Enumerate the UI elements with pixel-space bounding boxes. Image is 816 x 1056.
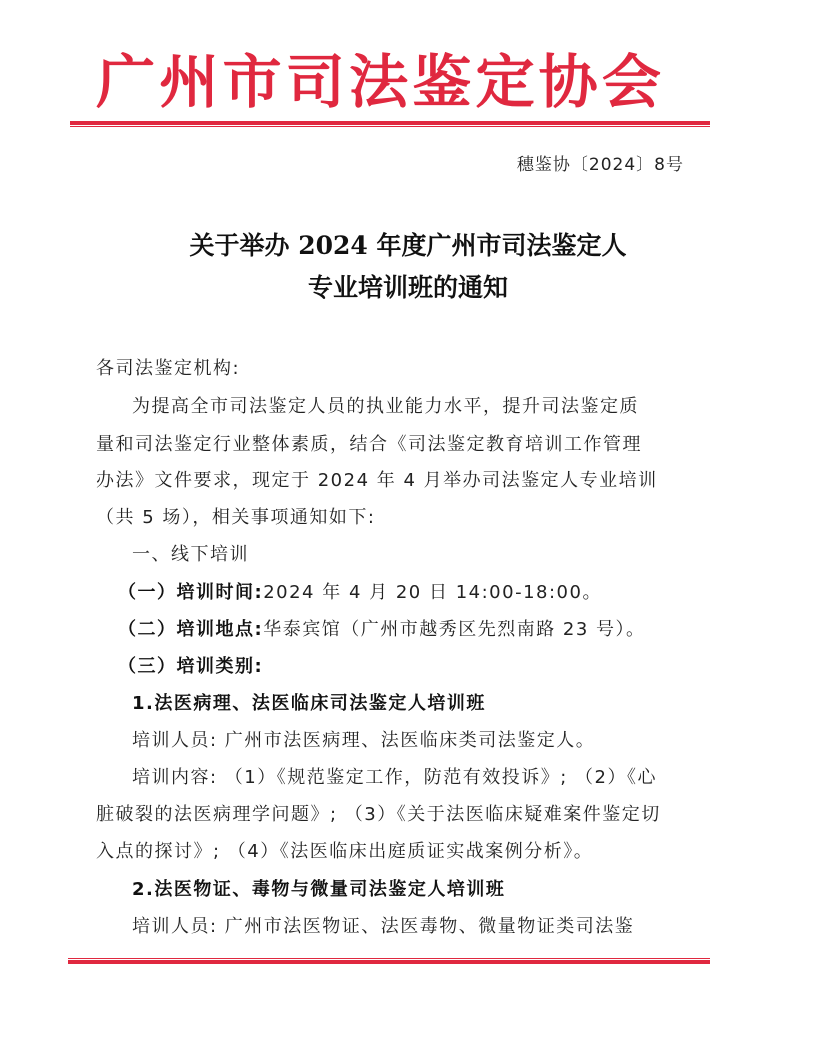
class-2-personnel: 培训人员: 广州市法医物证、法医毒物、微量物证类司法鉴 [96,912,732,938]
training-time-value: 2024 年 4 月 20 日 14:00-18:00。 [263,582,602,603]
intro-line-4: （共 5 场），相关事项通知如下: [96,503,696,529]
training-time-label: （一）培训时间: [118,582,263,603]
document-number: 穗鉴协〔2024〕8号 [517,150,684,175]
training-time: （一）培训时间:2024 年 4 月 20 日 14:00-18:00。 [96,578,718,604]
rule-thick-line [68,960,710,964]
class-1-heading: 1.法医病理、法医临床司法鉴定人培训班 [96,689,732,715]
training-location: （二）培训地点:华泰宾馆（广州市越秀区先烈南路 23 号）。 [96,615,718,641]
class-2-heading: 2.法医物证、毒物与微量司法鉴定人培训班 [96,875,732,901]
training-location-value: 华泰宾馆（广州市越秀区先烈南路 23 号）。 [263,619,645,640]
training-location-label: （二）培训地点: [118,619,263,640]
intro-line-3: 办法》文件要求，现定于 2024 年 4 月举办司法鉴定人专业培训 [96,466,696,492]
masthead-red-rule [70,121,710,127]
class-1-personnel: 培训人员: 广州市法医病理、法医临床类司法鉴定人。 [96,726,732,752]
class-1-content-line-1: 培训内容: （1）《规范鉴定工作，防范有效投诉》; （2）《心 [96,763,732,789]
class-1-content-line-2: 脏破裂的法医病理学问题》; （3）《关于法医临床疑难案件鉴定切 [96,800,696,826]
salutation: 各司法鉴定机构: [96,354,696,380]
intro-line-2: 量和司法鉴定行业整体素质，结合《司法鉴定教育培训工作管理 [96,430,696,456]
document-title-line-2: 专业培训班的通知 [0,268,816,304]
masthead-title: 广州市司法鉴定协会 [96,50,708,114]
training-categories-label: （三）培训类别: [118,656,263,677]
class-1-content-line-3: 入点的探讨》; （4）《法医临床出庭质证实战案例分析》。 [96,837,696,863]
document-page: 广州市司法鉴定协会 穗鉴协〔2024〕8号 关于举办 2024 年度广州市司法鉴… [0,0,816,1056]
rule-thin-line [70,126,710,127]
intro-line-1: 为提高全市司法鉴定人员的执业能力水平，提升司法鉴定质 [96,392,732,418]
training-categories: （三）培训类别: [96,652,718,678]
document-title-line-1: 关于举办 2024 年度广州市司法鉴定人 [0,226,816,262]
footer-red-rule [68,958,710,964]
section-heading-offline-training: 一、线下培训 [96,540,732,566]
